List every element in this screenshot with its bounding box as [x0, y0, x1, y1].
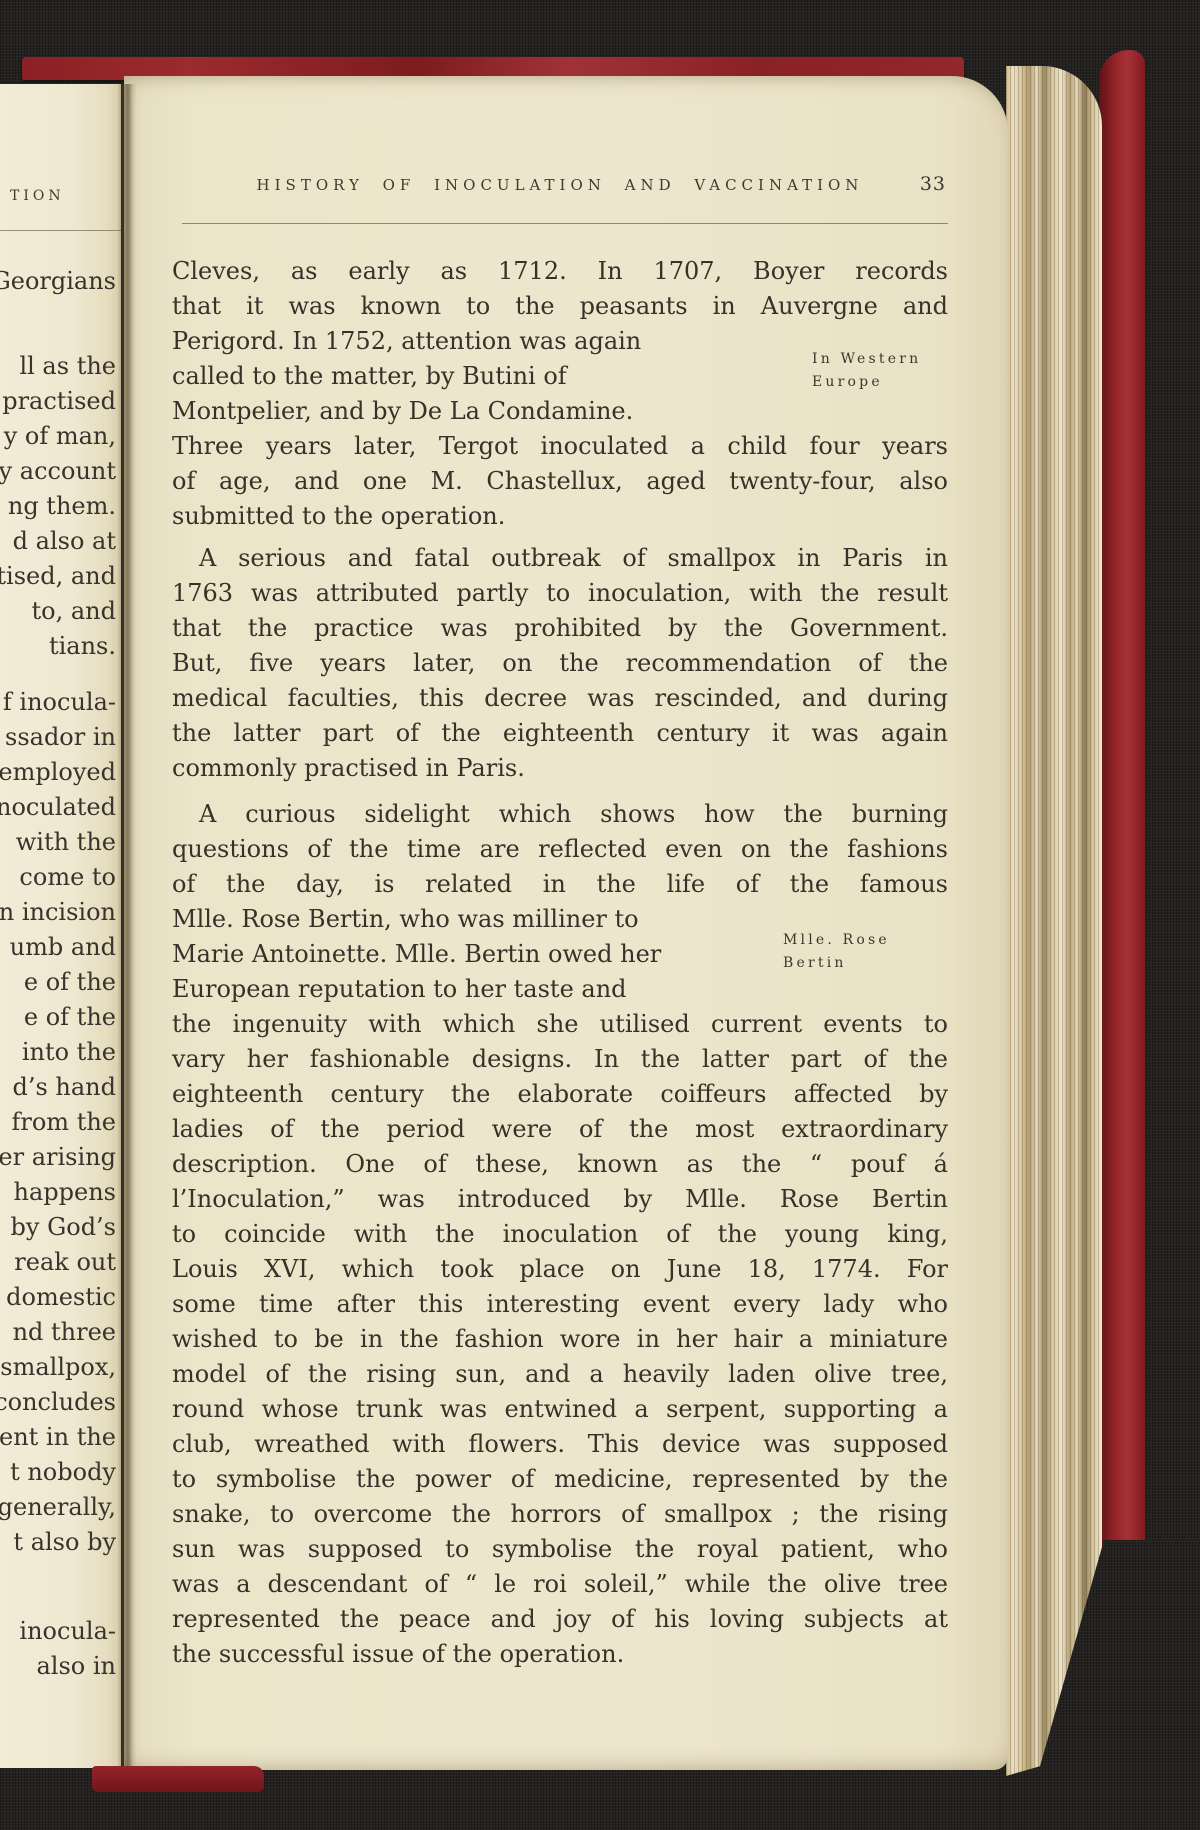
text-line: European reputation to her taste and — [172, 972, 948, 1007]
page-number: 33 — [920, 173, 946, 195]
text-line: to coincide with the inoculation of the … — [172, 1217, 948, 1252]
text-line: model of the rising sun, and a heavily l… — [172, 1357, 948, 1392]
fragment-line: d’s hand — [0, 1070, 116, 1105]
text-line: of age, and one M. Chastellux, aged twen… — [172, 464, 948, 499]
fragment-line: umb and — [0, 930, 116, 965]
text-line: Cleves, as early as 1712. In 1707, Boyer… — [172, 254, 948, 289]
fragment-line: to, and — [0, 594, 116, 629]
fragment-line: inocula- — [0, 1614, 116, 1649]
fragment-line: t nobody — [0, 1455, 116, 1490]
page-title: HISTORY OF INOCULATION AND VACCINATION — [172, 176, 948, 194]
fragment-line: into the — [0, 1035, 116, 1070]
fragment-line: tians. — [0, 629, 116, 664]
paragraph: A curious sidelight which shows how the … — [172, 797, 948, 1672]
text-line: A curious sidelight which shows how the … — [172, 797, 948, 832]
fragment-line: employed — [0, 755, 116, 790]
fragment-line: generally, — [0, 1490, 116, 1525]
left-page-header-rule — [0, 230, 121, 231]
text-line: Mlle. Rose Bertin, who was milliner to — [172, 902, 948, 937]
text-line: the ingenuity with which she utilised cu… — [172, 1007, 948, 1042]
left-page-sliver: TION Georgians ll as the practised y of … — [0, 84, 121, 1768]
fragment-line: also in — [0, 1649, 116, 1684]
text-line: club, wreathed with flowers. This device… — [172, 1427, 948, 1462]
fragment-line: Georgians — [0, 264, 116, 299]
fragment-line: come to — [0, 860, 116, 895]
fragment-line: y of man, — [0, 419, 116, 454]
fragment-line: d also at — [0, 524, 116, 559]
fragment-line: er arising — [0, 1140, 116, 1175]
book-cover-right-edge — [1099, 50, 1145, 1562]
text-line: Montpelier, and by De La Condamine. — [172, 394, 948, 429]
left-page-text-fragments: Georgians ll as the practised y of man, … — [0, 264, 116, 1684]
fragment-line: y account — [0, 454, 116, 489]
text-line: Perigord. In 1752, attention was again — [172, 324, 948, 359]
fragment-line: f inocula- — [0, 685, 116, 720]
text-line: the successful issue of the operation. — [172, 1637, 948, 1672]
text-line: commonly practised in Paris. — [172, 751, 948, 786]
text-line: questions of the time are reflected even… — [172, 832, 948, 867]
left-page-running-head-fragment: TION — [10, 188, 65, 204]
header-rule — [182, 223, 948, 224]
fragment-line: concludes — [0, 1385, 116, 1420]
page-fore-edge-stack — [1006, 66, 1102, 1788]
text-line: medical faculties, this decree was resci… — [172, 681, 948, 716]
fragment-line: from the — [0, 1105, 116, 1140]
fragment-line: ng them. — [0, 489, 116, 524]
text-line: called to the matter, by Butini of — [172, 359, 948, 394]
book-cover-bottom-edge — [92, 1766, 264, 1792]
fragment-line: t also by — [0, 1525, 116, 1560]
text-line: description. One of these, known as the … — [172, 1147, 948, 1182]
fragment-line: noculated — [0, 790, 116, 825]
fragment-line: smallpox, — [0, 1350, 116, 1385]
fragment-line: domestic — [0, 1280, 116, 1315]
fragment-line: e of the — [0, 965, 116, 1000]
text-line: represented the peace and joy of his lov… — [172, 1602, 948, 1637]
paragraph: Cleves, as early as 1712. In 1707, Boyer… — [172, 254, 948, 534]
text-line: l’Inoculation,” was introduced by Mlle. … — [172, 1182, 948, 1217]
text-line: sun was supposed to symbolise the royal … — [172, 1532, 948, 1567]
fragment-line: ent in the — [0, 1420, 116, 1455]
text-line: was a descendant of “ le roi soleil,” wh… — [172, 1567, 948, 1602]
text-line: round whose trunk was entwined a serpent… — [172, 1392, 948, 1427]
body-text: Cleves, as early as 1712. In 1707, Boyer… — [172, 254, 948, 1672]
right-page: HISTORY OF INOCULATION AND VACCINATION 3… — [124, 76, 1008, 1770]
fragment-line: e of the — [0, 1000, 116, 1035]
fragment-line: with the — [0, 825, 116, 860]
text-line: A serious and fatal outbreak of smallpox… — [172, 541, 948, 576]
text-line: that the practice was prohibited by the … — [172, 611, 948, 646]
text-line: eighteenth century the elaborate coiffeu… — [172, 1077, 948, 1112]
text-line: that it was known to the peasants in Auv… — [172, 289, 948, 324]
gutter-shadow — [117, 84, 137, 1770]
running-head: HISTORY OF INOCULATION AND VACCINATION 3… — [172, 176, 948, 206]
text-line: of the day, is related in the life of th… — [172, 867, 948, 902]
text-line: Louis XVI, which took place on June 18, … — [172, 1252, 948, 1287]
fragment-line: ssador in — [0, 720, 116, 755]
fragment-line: practised — [0, 384, 116, 419]
text-line: the latter part of the eighteenth centur… — [172, 716, 948, 751]
fragment-line: tised, and — [0, 559, 116, 594]
text-line: Three years later, Tergot inoculated a c… — [172, 429, 948, 464]
scanned-book-photo: TION Georgians ll as the practised y of … — [0, 0, 1200, 1830]
fragment-line: reak out — [0, 1245, 116, 1280]
fragment-line: nd three — [0, 1315, 116, 1350]
text-line: some time after this interesting event e… — [172, 1287, 948, 1322]
fragment-line: ll as the — [0, 349, 116, 384]
text-line: to symbolise the power of medicine, repr… — [172, 1462, 948, 1497]
fragment-line: happens — [0, 1175, 116, 1210]
text-line: vary her fashionable designs. In the lat… — [172, 1042, 948, 1077]
text-line: ladies of the period were of the most ex… — [172, 1112, 948, 1147]
text-line: snake, to overcome the horrors of smallp… — [172, 1497, 948, 1532]
text-line: 1763 was attributed partly to inoculatio… — [172, 576, 948, 611]
fragment-line: by God’s — [0, 1210, 116, 1245]
paragraph: A serious and fatal outbreak of smallpox… — [172, 541, 948, 786]
text-line: Marie Antoinette. Mlle. Bertin owed her — [172, 937, 948, 972]
fragment-line: n incision — [0, 895, 116, 930]
text-line: submitted to the operation. — [172, 499, 948, 534]
text-line: But, five years later, on the recommenda… — [172, 646, 948, 681]
text-line: wished to be in the fashion wore in her … — [172, 1322, 948, 1357]
